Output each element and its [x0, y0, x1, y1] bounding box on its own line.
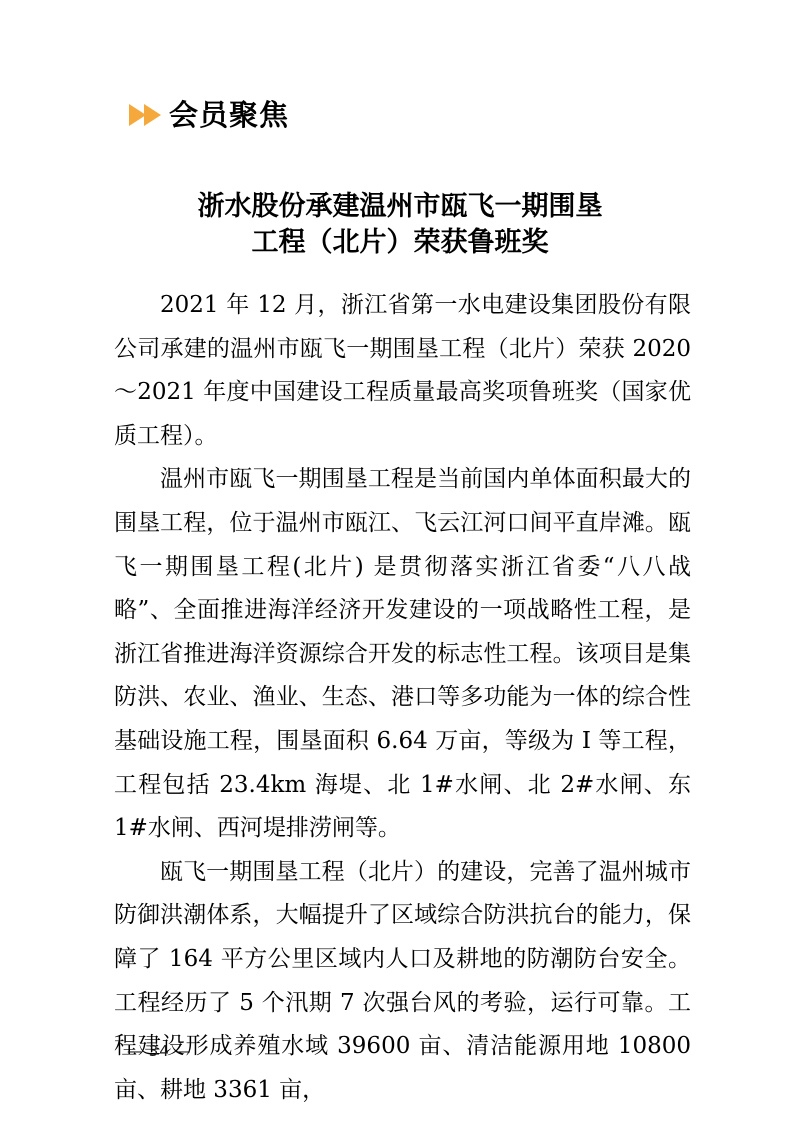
- right-arrow-icon: [144, 104, 161, 126]
- article-title: 浙水股份承建温州市瓯飞一期围垦 工程（北片）荣获鲁班奖: [0, 189, 800, 261]
- page-number: — 34 —: [127, 1042, 192, 1060]
- article-title-line2: 工程（北片）荣获鲁班奖: [0, 225, 800, 261]
- article-paragraph: 温州市瓯飞一期围垦工程是当前国内单体面积最大的围垦工程，位于温州市瓯江、飞云江河…: [114, 458, 691, 850]
- article-title-line1: 浙水股份承建温州市瓯飞一期围垦: [0, 189, 800, 225]
- article-paragraph: 2021 年 12 月，浙江省第一水电建设集团股份有限公司承建的温州市瓯飞一期围…: [114, 284, 691, 458]
- section-header: 会员聚焦: [129, 98, 289, 133]
- article-body: 2021 年 12 月，浙江省第一水电建设集团股份有限公司承建的温州市瓯飞一期围…: [114, 284, 691, 1112]
- double-arrow-icon: [129, 104, 161, 126]
- article-paragraph: 瓯飞一期围垦工程（北片）的建设，完善了温州城市防御洪潮体系，大幅提升了区域综合防…: [114, 851, 691, 1113]
- section-title: 会员聚焦: [169, 98, 289, 133]
